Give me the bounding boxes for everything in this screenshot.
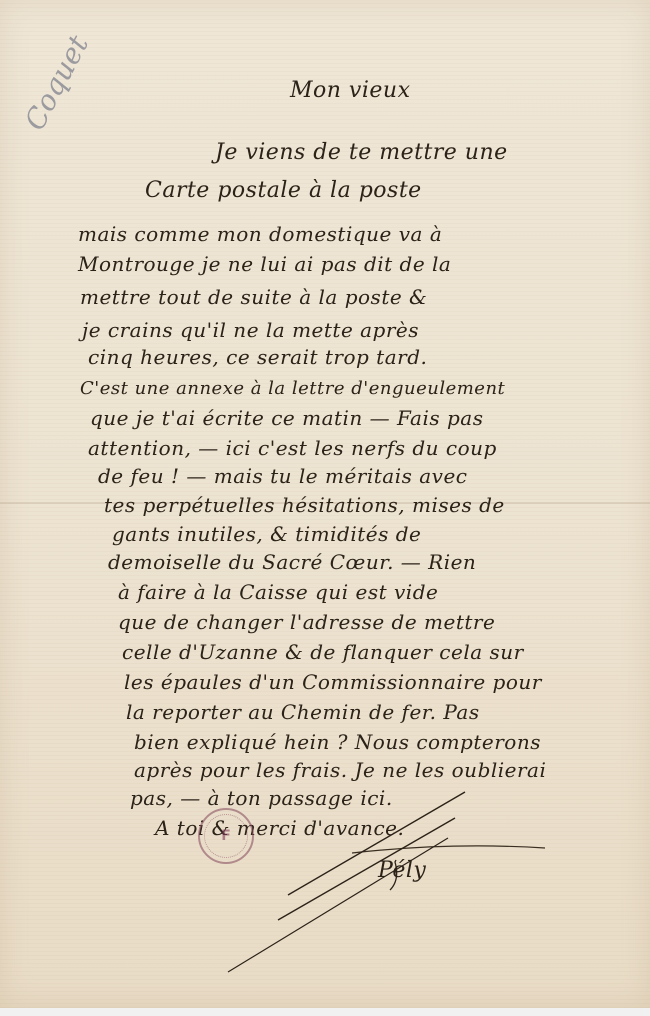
library-stamp: F <box>198 808 254 864</box>
stamp-center: F <box>204 814 248 858</box>
letter-sheet: Coquet Mon vieux Je viens de te mettre u… <box>0 0 650 1008</box>
signature-flourish <box>0 0 650 1016</box>
